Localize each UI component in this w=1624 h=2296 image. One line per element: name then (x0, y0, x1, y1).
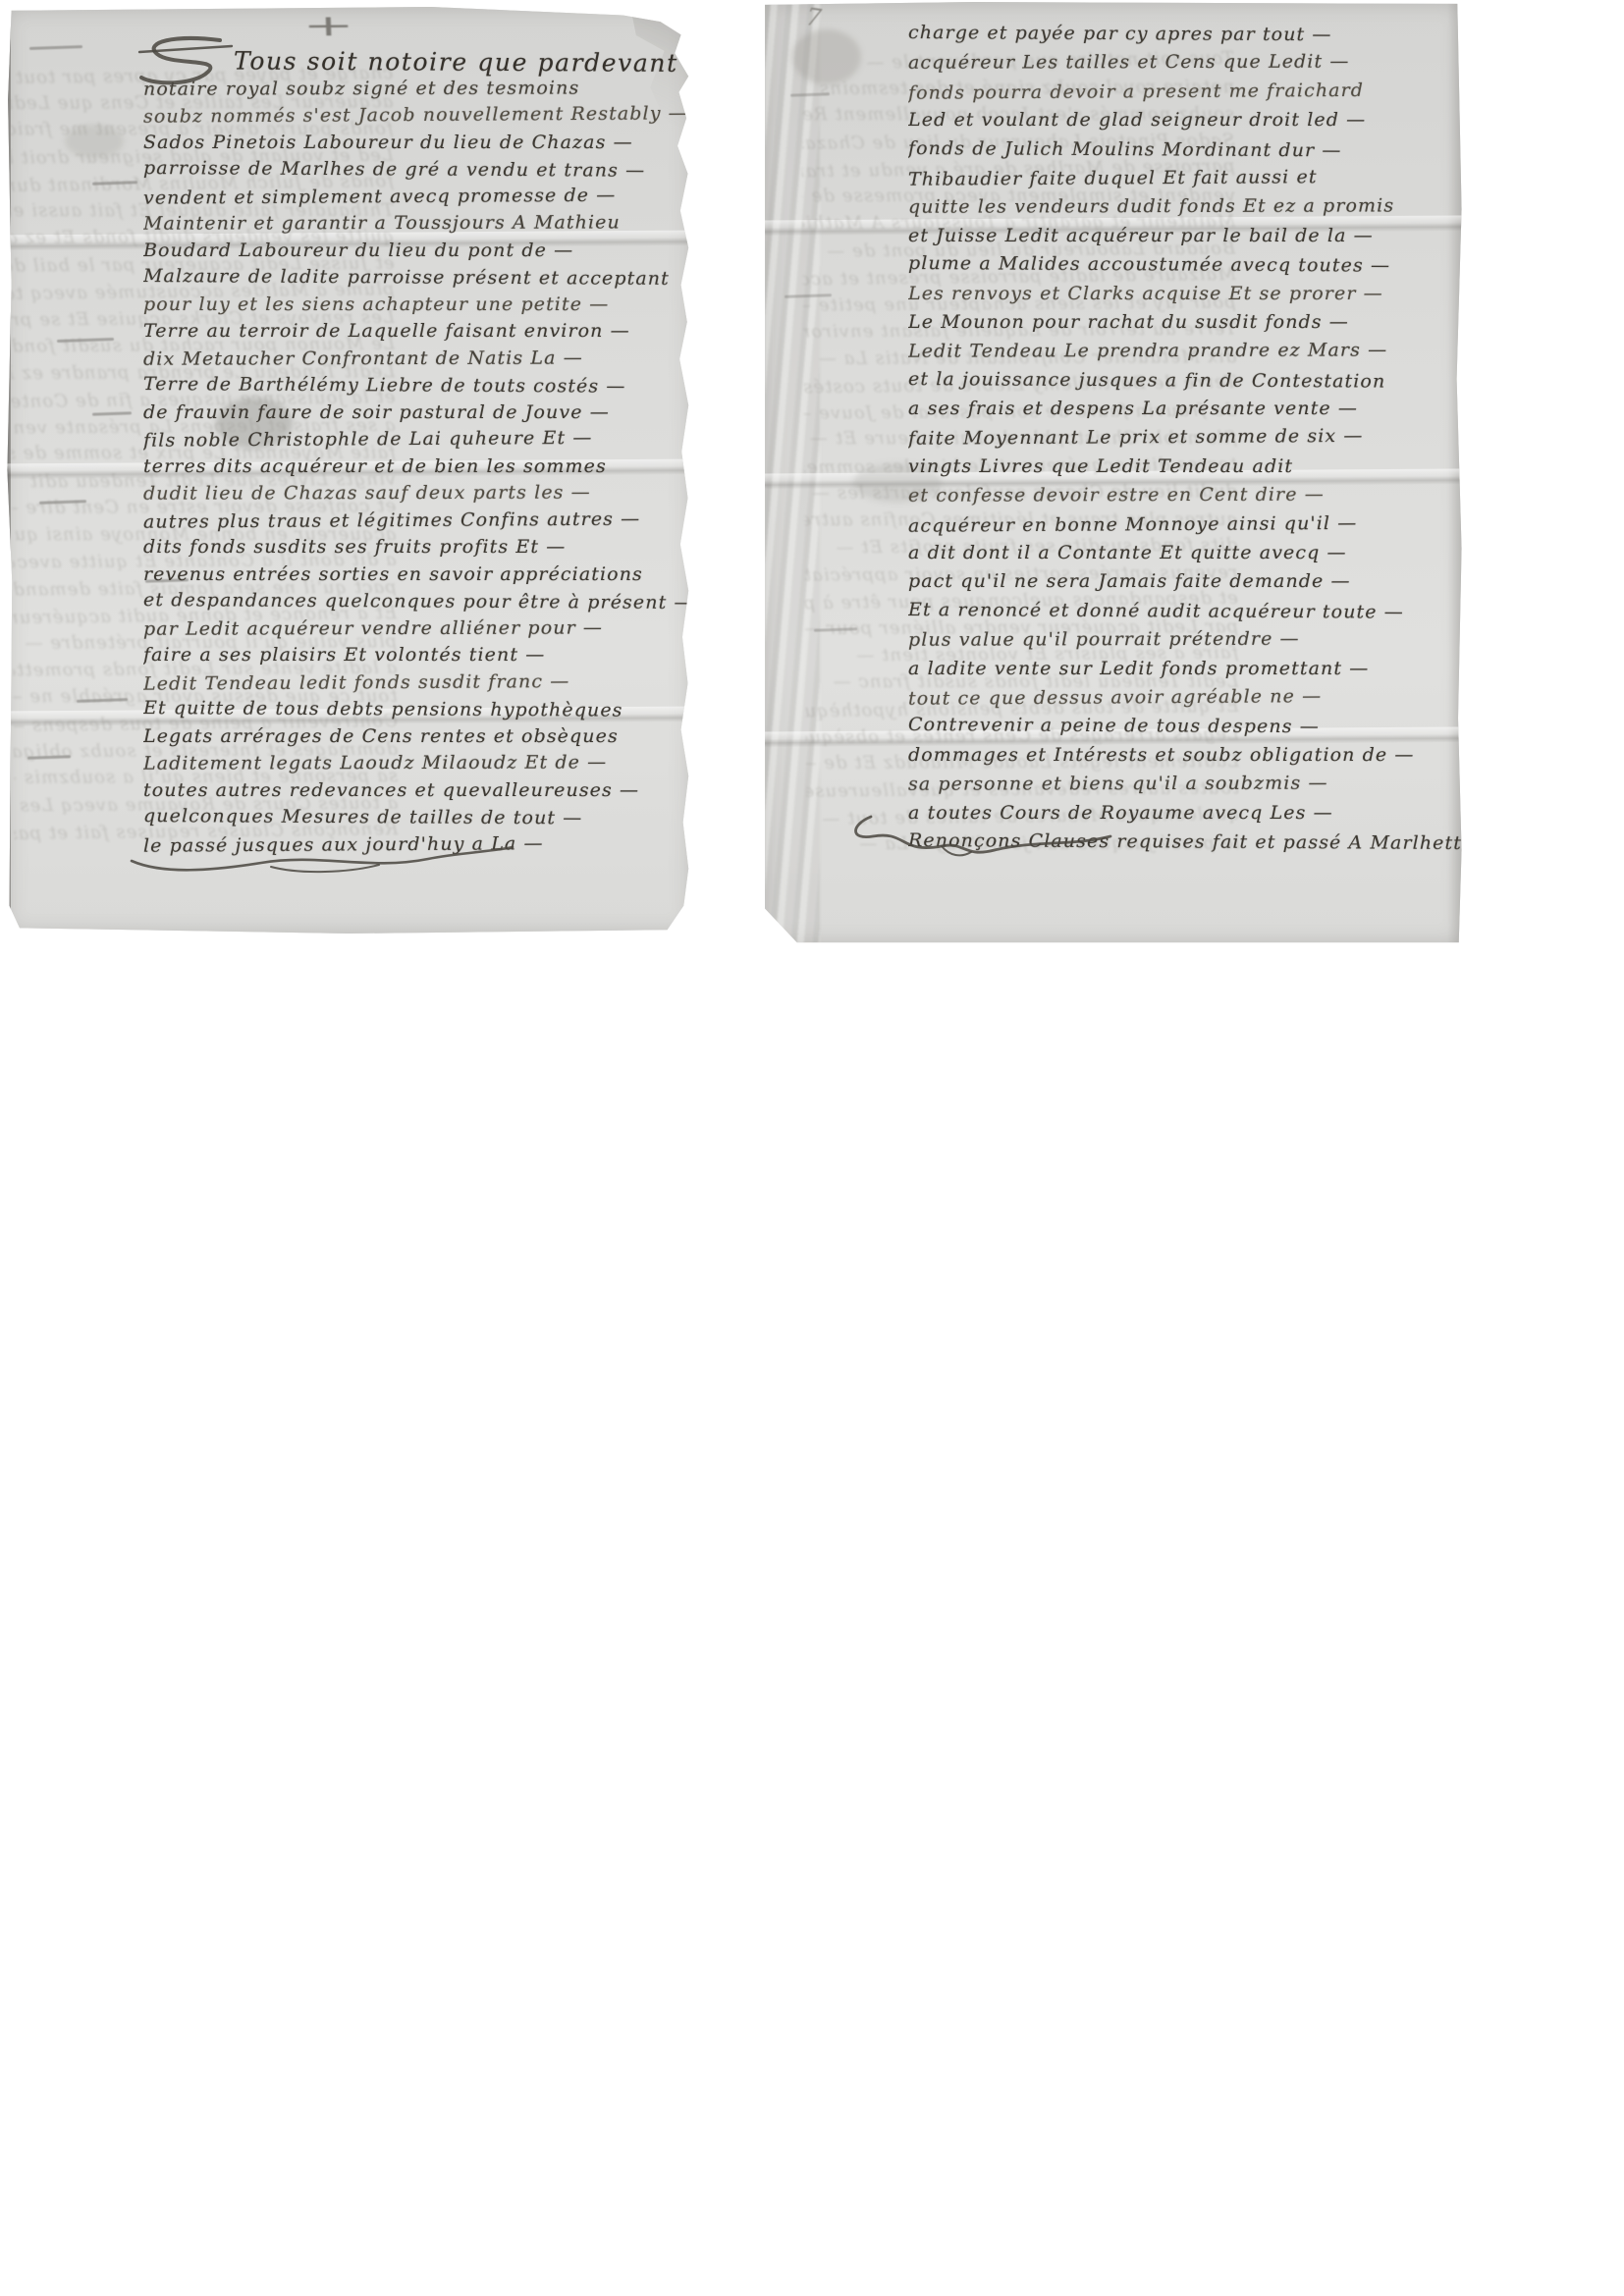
scanned-document: + charge et payée par cy apres par tout … (0, 0, 1624, 2296)
handwritten-line: plume a Malides accoustumée avecq toutes… (908, 249, 1464, 281)
handwritten-line: Terre au terroir de Laquelle faisant env… (143, 318, 691, 346)
handwritten-line: toutes autres redevances et quevalleureu… (143, 777, 691, 805)
handwritten-line: et Juisse Ledit acquéreur par le bail de… (908, 222, 1464, 250)
handwritten-line: par Ledit acquéreur vendre alliéner pour… (143, 614, 691, 643)
handwritten-line: faire a ses plaisirs Et volontés tient — (143, 642, 691, 669)
handwritten-line: dudit lieu de Chazas sauf deux parts les… (143, 479, 691, 507)
handwritten-line: Thibaudier faite duquel Et fait aussi et (908, 162, 1464, 194)
handwritten-line: vingts Livres que Ledit Tendeau adit (908, 453, 1464, 481)
handwritten-line: revenus entrées sorties en savoir appréc… (143, 561, 691, 589)
handwritten-line: Et a renoncé et donné audit acquéreur to… (908, 596, 1464, 627)
manuscript-page-right: 7 Tous soit notoire que pardevant le —no… (765, 2, 1463, 944)
handwritten-line: Led et voulant de glad seigneur droit le… (908, 106, 1464, 134)
handwritten-line: a ses frais et despens La présante vente… (908, 395, 1464, 423)
margin-stroke (29, 45, 82, 50)
handwritten-line: soubz nommés s'est Jacob nouvellement Re… (143, 100, 691, 131)
handwritten-line: parroisse de Marlhes de gré a vendu et t… (143, 155, 691, 185)
handwritten-line: fonds pourra devoir a present me fraicha… (908, 76, 1464, 108)
cross-mark: + (302, 9, 355, 43)
handwritten-text-left: Tous soit notoire que pardevant le —nota… (143, 48, 691, 858)
handwritten-line: acquéreur en bonne Monnoye ainsi qu'il — (908, 508, 1464, 541)
handwritten-line: Le Mounon pour rachat du susdit fonds — (908, 308, 1464, 337)
handwritten-line: Les renvoys et Clarks acquise Et se pror… (908, 280, 1464, 308)
closing-paraph (847, 807, 1122, 862)
handwritten-line: dix Metaucher Confrontant de Natis La — (143, 345, 691, 373)
page-number-mark: 7 (804, 3, 823, 32)
handwritten-line: sa personne et biens qu'il a soubzmis — (908, 769, 1464, 799)
handwritten-line: plus value qu'il pourrait prétendre — (908, 624, 1464, 655)
handwritten-line: quelconques Mesures de tailles de tout — (143, 803, 691, 832)
handwritten-line: de frauvin faure de soir pastural de Jou… (143, 400, 691, 427)
handwritten-line: Ledit Tendeau Le prendra prandre ez Mars… (908, 337, 1464, 367)
handwritten-text-right: charge et payée par cy apres par tout —a… (908, 20, 1464, 856)
handwritten-line: Laditement legats Laoudz Milaoudz Et de … (143, 749, 691, 777)
handwritten-line: et confesse devoir estre en Cent dire — (908, 481, 1464, 511)
handwritten-line: dits fonds susdits ses fruits profits Et… (143, 534, 691, 561)
handwritten-line: autres plus traus et légitimes Confins a… (143, 506, 691, 536)
manuscript-page-left: + charge et payée par cy apres par tout … (6, 7, 691, 934)
closing-flourish (124, 831, 516, 877)
handwritten-line: pour luy et les siens achapteur une peti… (143, 292, 691, 319)
handwritten-line: charge et payée par cy apres par tout — (908, 19, 1464, 50)
opening-flourish (135, 32, 238, 93)
handwritten-line: tout ce que dessus avoir agréable ne — (908, 681, 1464, 714)
handwritten-line: Maintenir et garantir a Toussjours A Mat… (143, 209, 691, 238)
handwritten-line: quitte les vendeurs dudit fonds Et ez a … (908, 192, 1464, 223)
handwritten-line: et la jouissance jusques a fin de Contes… (908, 365, 1464, 397)
handwritten-line: Ledit Tendeau ledit fonds susdit franc — (143, 667, 691, 698)
handwritten-line: Malzaure de ladite parroisse présent et … (143, 263, 691, 293)
handwritten-line: dommages et Intérests et soubz obligatio… (908, 741, 1464, 770)
handwritten-line: Boudard Laboureur du lieu du pont de — (143, 238, 691, 265)
handwritten-line: fonds de Julich Moulins Mordinant dur — (908, 134, 1464, 166)
handwritten-line: vendent et simplement avecq promesse de … (143, 182, 691, 212)
handwritten-line: fils noble Christophle de Lai quheure Et… (143, 424, 691, 454)
handwritten-line: Et quitte de tous debts pensions hypothè… (143, 695, 691, 724)
handwritten-line: Contrevenir a peine de tous despens — (908, 711, 1464, 742)
handwritten-line: faite Moyennant Le prix et somme de six … (908, 422, 1464, 454)
handwritten-line: a dit dont il a Contante Et quitte avecq… (908, 539, 1464, 567)
handwritten-line: Terre de Barthélémy Liebre de touts cost… (143, 371, 691, 400)
handwritten-line: Sados Pinetois Laboureur du lieu de Chaz… (143, 130, 691, 157)
handwritten-line: a ladite vente sur Ledit fonds promettan… (908, 655, 1464, 683)
handwritten-line: pact qu'il ne sera Jamais faite demande … (908, 567, 1464, 596)
handwritten-line: acquéreur Les tailles et Cens que Ledit … (908, 48, 1464, 79)
handwritten-line: terres dits acquéreur et de bien les som… (143, 454, 691, 481)
handwritten-line: et despandances quelconques pour être à … (143, 587, 691, 616)
handwritten-line: Legats arrérages de Cens rentes et obsèq… (143, 723, 691, 751)
